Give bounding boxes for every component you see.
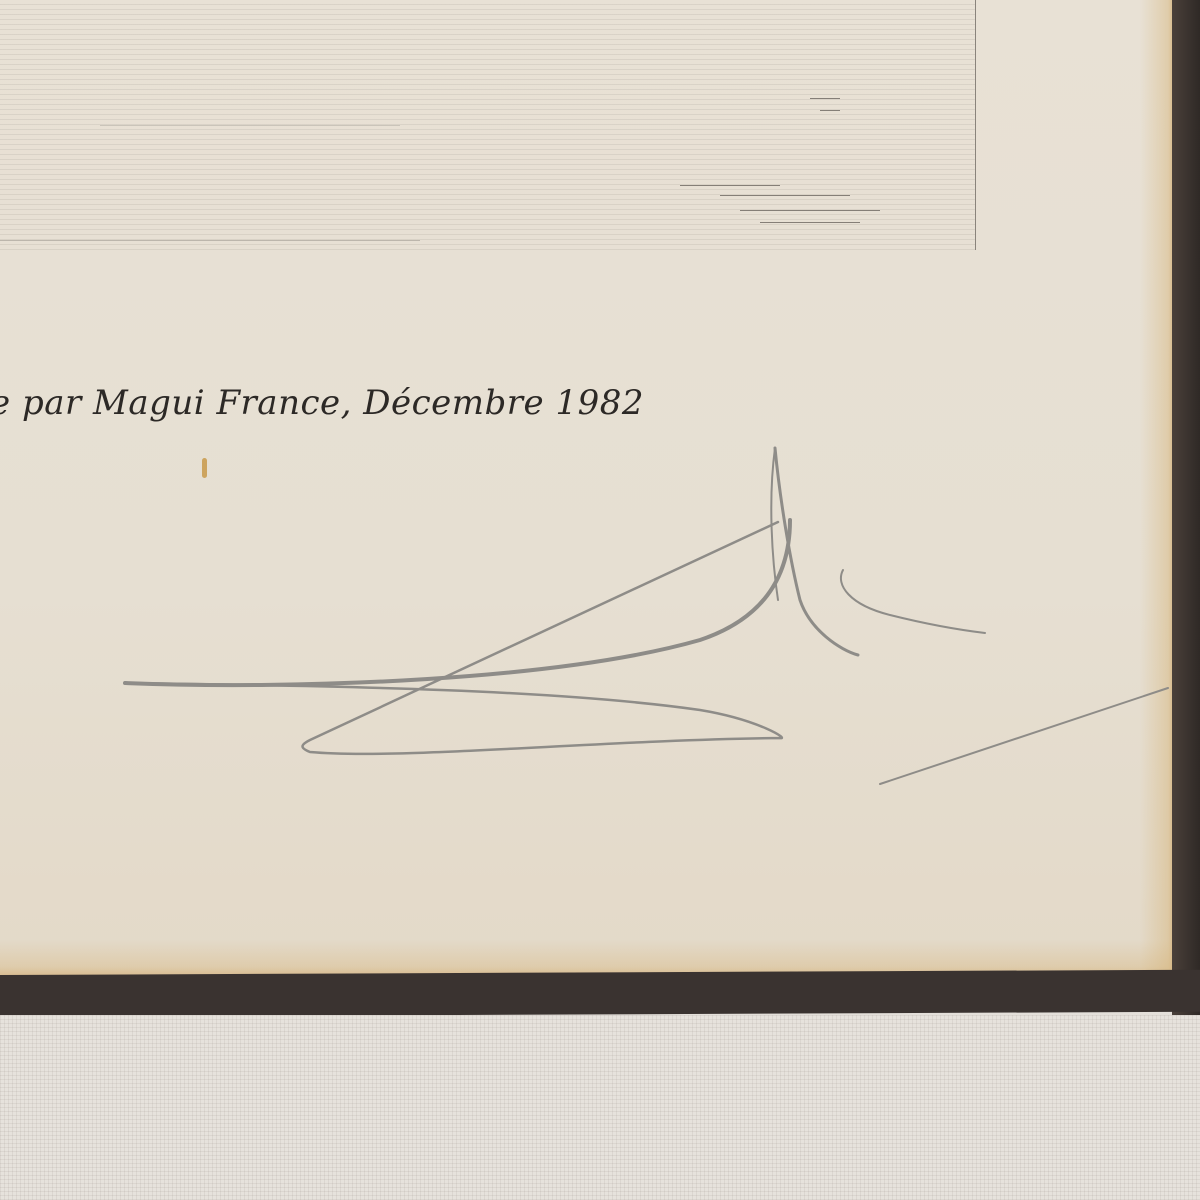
print-paper: e par Magui France, Décembre 1982 xyxy=(0,0,1175,975)
print-caption: e par Magui France, Décembre 1982 xyxy=(0,383,644,423)
foxing-stain xyxy=(202,458,207,478)
linen-mat xyxy=(0,1015,1200,1200)
etching-plate-area xyxy=(0,0,976,250)
framed-print-photo: e par Magui France, Décembre 1982 xyxy=(0,0,1200,1200)
paper-toning-right xyxy=(1140,0,1175,975)
frame-right-edge xyxy=(1172,0,1200,1017)
frame-bottom-edge xyxy=(0,970,1200,1017)
caption-text: par Magui France, Décembre 1982 xyxy=(22,383,644,423)
caption-prefix: e xyxy=(0,383,11,423)
